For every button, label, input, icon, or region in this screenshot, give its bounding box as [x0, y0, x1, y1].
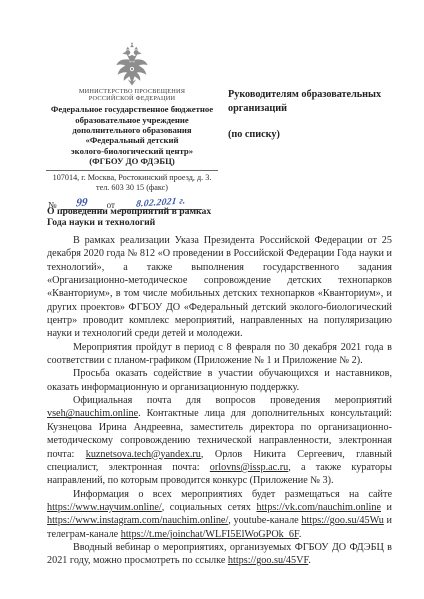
text-segment: .: [308, 555, 311, 566]
url-link[interactable]: orlovns@issp.ac.ru: [210, 462, 288, 473]
org-address: 107014, г. Москва, Ростокинский проезд, …: [40, 173, 224, 193]
letter-subject: О проведении мероприятий в рамках Года н…: [47, 206, 307, 228]
subject-line: Года науки и технологий: [47, 217, 307, 228]
text-segment: В рамках реализации Указа Президента Рос…: [47, 235, 392, 339]
text-segment: и: [381, 502, 392, 513]
text-segment: , youtube-канале: [228, 515, 301, 526]
paragraph: Просьба оказать содействие в участии обу…: [47, 367, 392, 394]
letterhead: МИНИСТЕРСТВО ПРОСВЕЩЕНИЯ РОССИЙСКОЙ ФЕДЕ…: [40, 40, 224, 210]
url-link[interactable]: kuznetsova.tech@yandex.ru: [86, 449, 201, 460]
text-segment: Вводный вебинар о мероприятиях, организу…: [47, 542, 392, 566]
institution-line: Федеральное государственное бюджетное: [40, 104, 224, 114]
text-segment: , социальных сетях: [162, 502, 257, 513]
url-link[interactable]: vseh@nauchim.online: [47, 408, 138, 419]
url-link[interactable]: https://goo.su/45Wu: [301, 515, 384, 526]
url-link[interactable]: https://goo.su/45VF: [228, 555, 308, 566]
institution-name: Федеральное государственное бюджетное об…: [40, 104, 224, 166]
institution-line: дополнительного образования: [40, 125, 224, 135]
subject-line: О проведении мероприятий в рамках: [47, 206, 307, 217]
url-link[interactable]: https://vk.com/nauchim.online: [256, 502, 381, 513]
addressee-list-note: (по списку): [228, 128, 404, 142]
paragraph: В рамках реализации Указа Президента Рос…: [47, 234, 392, 341]
institution-line: (ФГБОУ ДО ФДЭБЦ): [40, 156, 224, 166]
scanned-letter-page: МИНИСТЕРСТВО ПРОСВЕЩЕНИЯ РОССИЙСКОЙ ФЕДЕ…: [0, 0, 424, 599]
paragraph: Вводный вебинар о мероприятиях, организу…: [47, 541, 392, 568]
institution-line: «Федеральный детский: [40, 135, 224, 145]
paragraph: Мероприятия пройдут в период с 8 февраля…: [47, 341, 392, 368]
ministry-line: РОССИЙСКОЙ ФЕДЕРАЦИИ: [40, 95, 224, 102]
institution-line: образовательное учреждение: [40, 115, 224, 125]
addressee-to: Руководителям образовательных организаци…: [228, 88, 404, 115]
letterhead-divider: [46, 170, 218, 171]
address-line: тел. 603 30 15 (факс): [40, 183, 224, 193]
ministry-name: МИНИСТЕРСТВО ПРОСВЕЩЕНИЯ РОССИЙСКОЙ ФЕДЕ…: [40, 88, 224, 102]
russian-coat-of-arms-icon: [114, 40, 150, 86]
letter-body: В рамках реализации Указа Президента Рос…: [47, 234, 392, 568]
institution-line: эколого-биологический центр»: [40, 146, 224, 156]
url-link[interactable]: https://t.me/joinchat/WLFI5ElWoGPOk_6F: [121, 529, 299, 540]
address-line: 107014, г. Москва, Ростокинский проезд, …: [40, 173, 224, 183]
paragraph: Официальная почта для вопросов проведени…: [47, 394, 392, 487]
text-segment: Информация о всех мероприятиях будет раз…: [73, 489, 392, 500]
text-segment: Мероприятия пройдут в период с 8 февраля…: [47, 342, 392, 366]
url-link[interactable]: https://www.научим.online/: [47, 502, 162, 513]
text-segment: Официальная почта для вопросов проведени…: [73, 395, 392, 406]
text-segment: .: [299, 529, 302, 540]
url-link[interactable]: https://www.instagram.com/nauchim.online…: [47, 515, 228, 526]
text-segment: Просьба оказать содействие в участии обу…: [47, 368, 392, 392]
addressee-block: Руководителям образовательных организаци…: [228, 88, 404, 142]
paragraph: Информация о всех мероприятиях будет раз…: [47, 488, 392, 541]
